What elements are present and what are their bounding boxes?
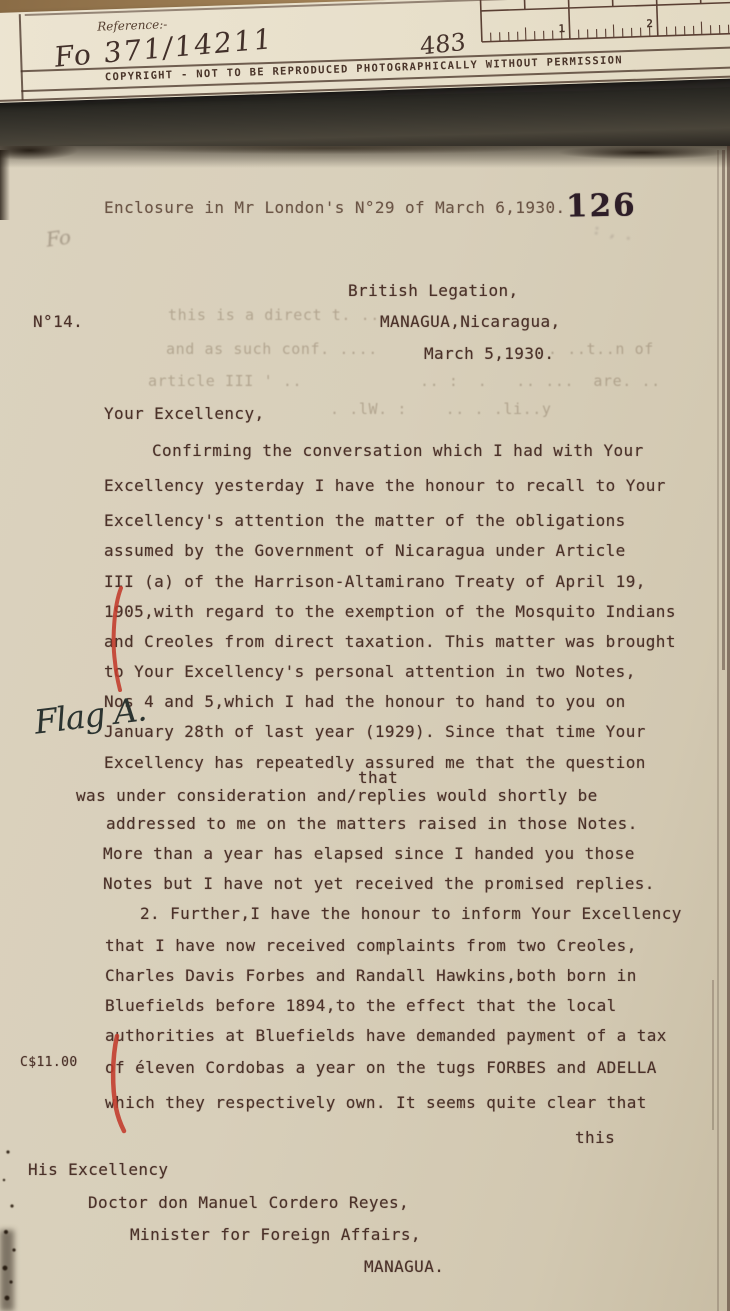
measuring-ruler: 1 2 — [456, 0, 730, 59]
salutation: Your Excellency, — [104, 404, 265, 423]
body-line: Notes but I have not yet received the pr… — [103, 874, 655, 893]
address-line: His Excellency — [28, 1160, 168, 1179]
body-line: Charles Davis Forbes and Randall Hawkins… — [105, 966, 637, 985]
page-right-edge — [712, 980, 714, 1130]
body-line: Excellency yesterday I have the honour t… — [104, 476, 666, 495]
ghost-text: . .lW. : .. . .li..y — [330, 400, 552, 418]
body-line: assumed by the Government of Nicaragua u… — [104, 541, 626, 560]
body-line: was under consideration and/replies woul… — [76, 786, 598, 805]
body-line: addressed to me on the matters raised in… — [106, 814, 638, 833]
page-left-edge — [0, 150, 10, 220]
enclosure-line: Enclosure in Mr London's N°29 of March 6… — [104, 198, 566, 217]
letterhead-date: March 5,1930. — [424, 344, 554, 363]
inserted-word: that — [358, 768, 398, 787]
page-edge-smudge — [0, 1230, 14, 1311]
body-line: and Creoles from direct taxation. This m… — [104, 632, 676, 651]
ruler-number-1: 1 — [558, 22, 565, 35]
letterhead-city: MANAGUA,Nicaragua, — [380, 312, 561, 331]
ghost-text: .. : . .. ... are. .. — [420, 372, 661, 390]
body-line: Bluefields before 1894,to the effect tha… — [105, 996, 617, 1015]
body-line: Confirming the conversation which I had … — [152, 441, 644, 460]
catchword: this — [575, 1128, 615, 1147]
despatch-number: N°14. — [33, 312, 83, 331]
faint-handwriting: Fo — [44, 224, 72, 251]
body-line: authorities at Bluefields have demanded … — [105, 1026, 667, 1045]
page-right-edge — [717, 150, 719, 1311]
marginal-tax-amount: C$11.00 — [20, 1055, 78, 1070]
body-line: III (a) of the Harrison-Altamirano Treat… — [104, 572, 646, 591]
body-line: 2. Further,I have the honour to inform Y… — [140, 904, 682, 923]
body-line: that I have now received complaints from… — [105, 936, 637, 955]
ghost-text: article III ' .. — [148, 372, 302, 390]
scanned-document: Reference:- Fo 371/14211 483 COPYRIGHT -… — [0, 0, 730, 1311]
body-line: 1905,with regard to the exemption of the… — [104, 602, 676, 621]
body-line: which they respectively own. It seems qu… — [105, 1093, 647, 1112]
body-line: January 28th of last year (1929). Since … — [104, 722, 646, 741]
address-line: MANAGUA. — [364, 1257, 444, 1276]
page-right-edge — [722, 150, 725, 670]
ghost-text: this is a direct t. ... — [168, 306, 390, 324]
slip-rule-left — [19, 14, 23, 100]
body-line: to Your Excellency's personal attention … — [104, 662, 636, 681]
body-line: Excellency's attention the matter of the… — [104, 511, 626, 530]
ghost-text: and as such conf. .... — [166, 340, 378, 358]
ruler-number-2: 2 — [646, 17, 653, 30]
body-line: Nos 4 and 5,which I had the honour to ha… — [104, 692, 626, 711]
body-line: More than a year has elapsed since I han… — [103, 844, 635, 863]
ghost-text: . ..t..n of — [548, 340, 654, 358]
address-line: Minister for Foreign Affairs, — [130, 1225, 421, 1244]
letterhead-legation: British Legation, — [348, 281, 519, 300]
reference-slip: Reference:- Fo 371/14211 483 COPYRIGHT -… — [0, 0, 730, 103]
body-line: of éleven Cordobas a year on the tugs FO… — [105, 1058, 657, 1077]
address-line: Doctor don Manuel Cordero Reyes, — [88, 1193, 409, 1212]
page-top-edge — [0, 146, 730, 168]
